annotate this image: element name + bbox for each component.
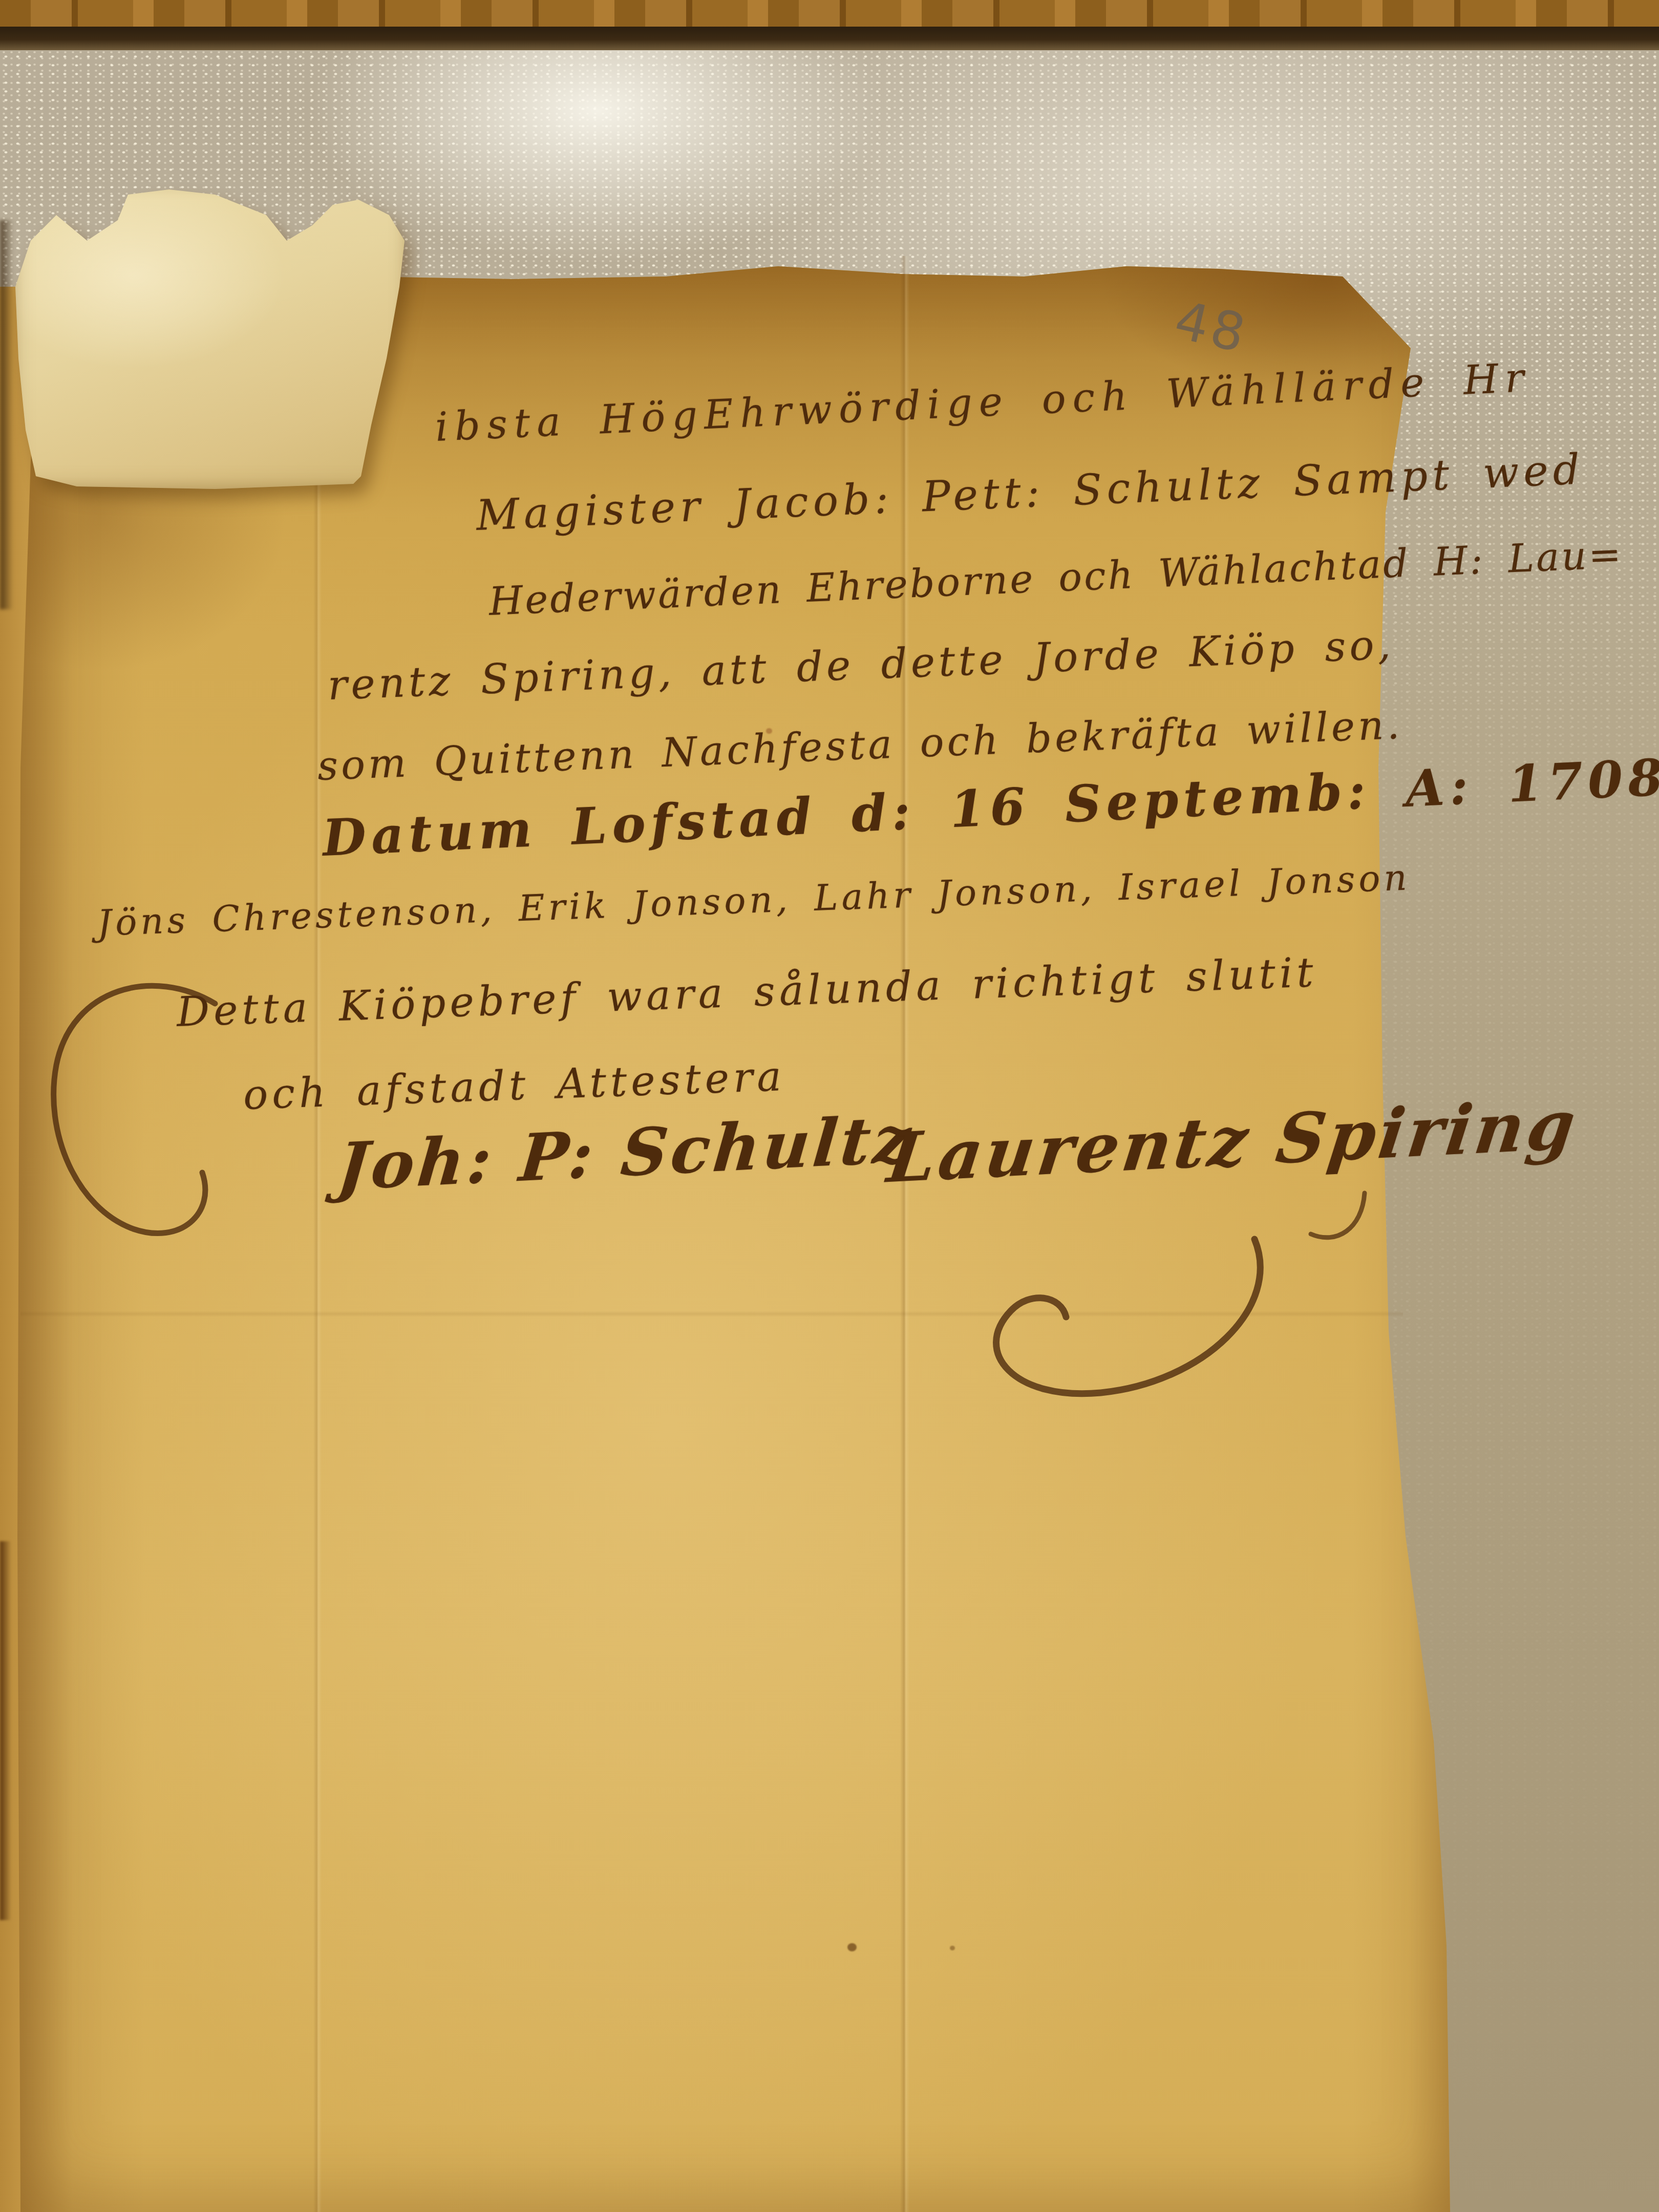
table-wood-edge bbox=[0, 0, 1659, 27]
torn-paper-fragment-wrap bbox=[13, 180, 418, 498]
signature-hook-flourish bbox=[1311, 1193, 1365, 1238]
table-edge-shadow bbox=[0, 27, 1659, 50]
dark-left-edge-shadow bbox=[0, 1541, 11, 1920]
signature-tail-flourish bbox=[996, 1239, 1261, 1394]
initial-swash-flourish bbox=[54, 986, 215, 1233]
archival-photo-scene: 48 ibsta HögEhrwördige och Wähllärde Hr … bbox=[0, 0, 1659, 2212]
torn-paper-fragment bbox=[13, 180, 418, 498]
dark-left-edge-shadow bbox=[0, 220, 13, 609]
